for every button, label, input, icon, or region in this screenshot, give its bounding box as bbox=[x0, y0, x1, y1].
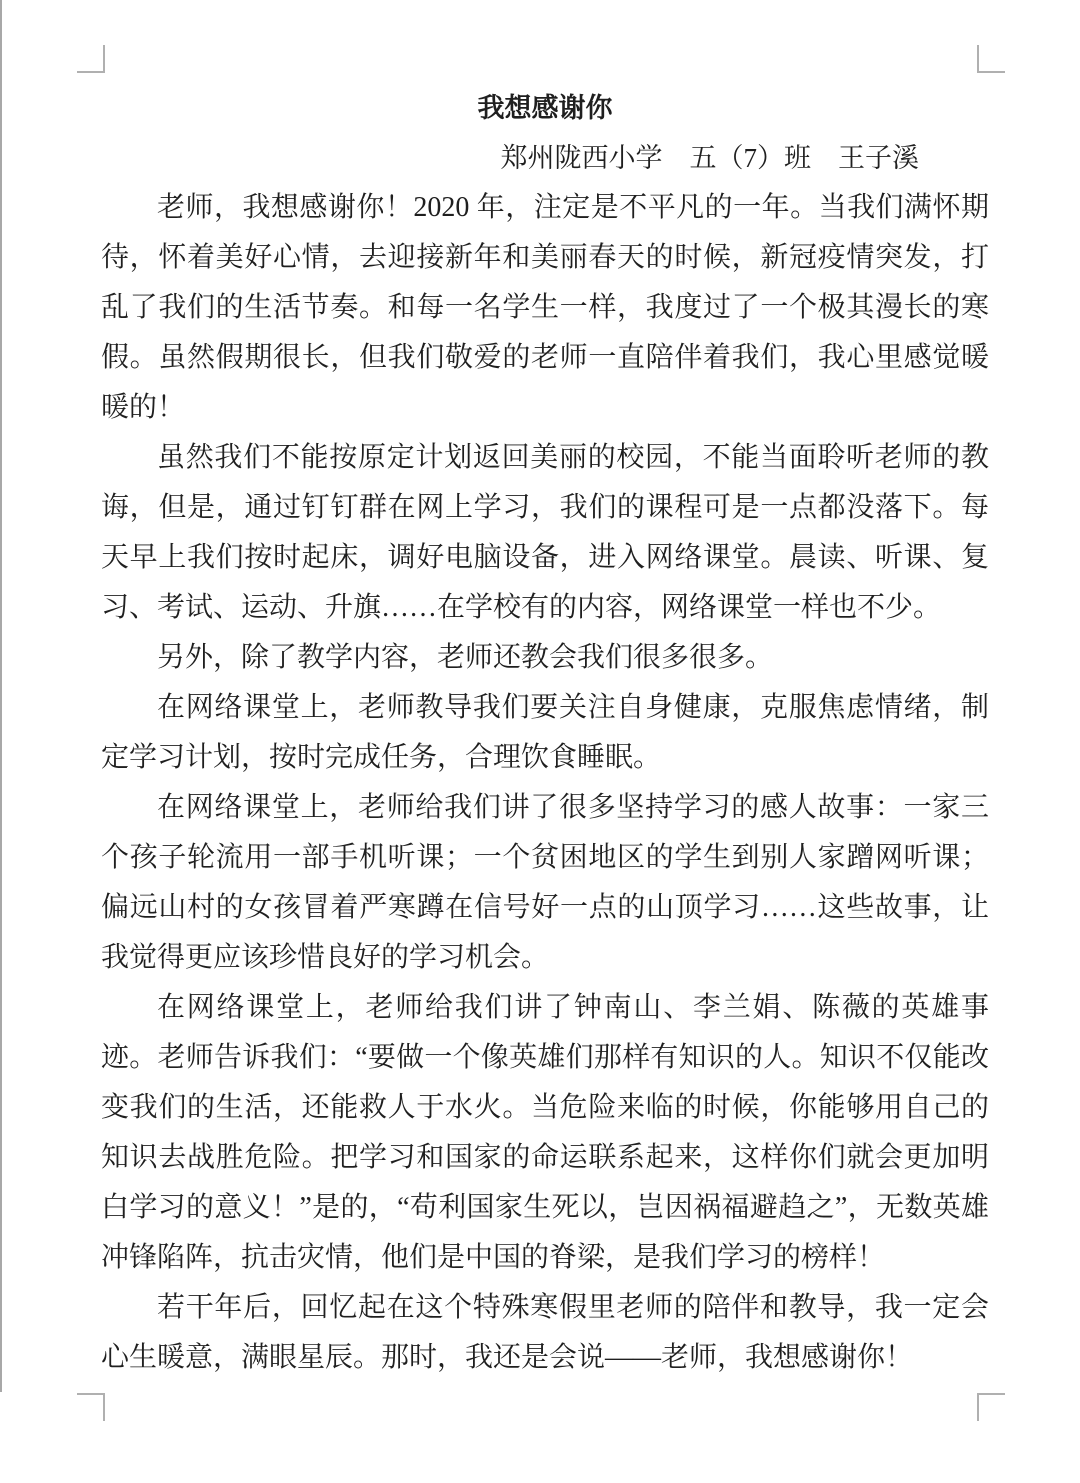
paragraph: 老师，我想感谢你！2020 年，注定是不平凡的一年。当我们满怀期待，怀着美好心情… bbox=[101, 183, 989, 433]
byline: 郑州陇西小学 五（7）班 王子溪 bbox=[101, 133, 989, 183]
paragraph: 虽然我们不能按原定计划返回美丽的校园，不能当面聆听老师的教诲，但是，通过钉钉群在… bbox=[101, 433, 989, 633]
paragraph: 另外，除了教学内容，老师还教会我们很多很多。 bbox=[101, 633, 989, 683]
text-boundary-mark-top-right bbox=[977, 45, 1005, 73]
page-edge-line bbox=[0, 0, 2, 1392]
paragraph: 在网络课堂上，老师教导我们要关注自身健康，克服焦虑情绪，制定学习计划，按时完成任… bbox=[101, 683, 989, 783]
document-page: 我想感谢你 郑州陇西小学 五（7）班 王子溪 老师，我想感谢你！2020 年，注… bbox=[0, 0, 1080, 1483]
paragraph: 在网络课堂上，老师给我们讲了很多坚持学习的感人故事：一家三个孩子轮流用一部手机听… bbox=[101, 783, 989, 983]
document-title: 我想感谢你 bbox=[101, 83, 989, 133]
text-boundary-mark-bottom-right bbox=[977, 1393, 1005, 1421]
paragraph: 若干年后，回忆起在这个特殊寒假里老师的陪伴和教导，我一定会心生暖意，满眼星辰。那… bbox=[101, 1283, 989, 1383]
text-boundary-mark-top-left bbox=[77, 45, 105, 73]
paragraphs: 老师，我想感谢你！2020 年，注定是不平凡的一年。当我们满怀期待，怀着美好心情… bbox=[101, 183, 989, 1383]
text-boundary-mark-bottom-left bbox=[77, 1393, 105, 1421]
paragraph: 在网络课堂上，老师给我们讲了钟南山、李兰娟、陈薇的英雄事迹。老师告诉我们：“要做… bbox=[101, 983, 989, 1283]
document-content: 我想感谢你 郑州陇西小学 五（7）班 王子溪 老师，我想感谢你！2020 年，注… bbox=[101, 83, 989, 1383]
